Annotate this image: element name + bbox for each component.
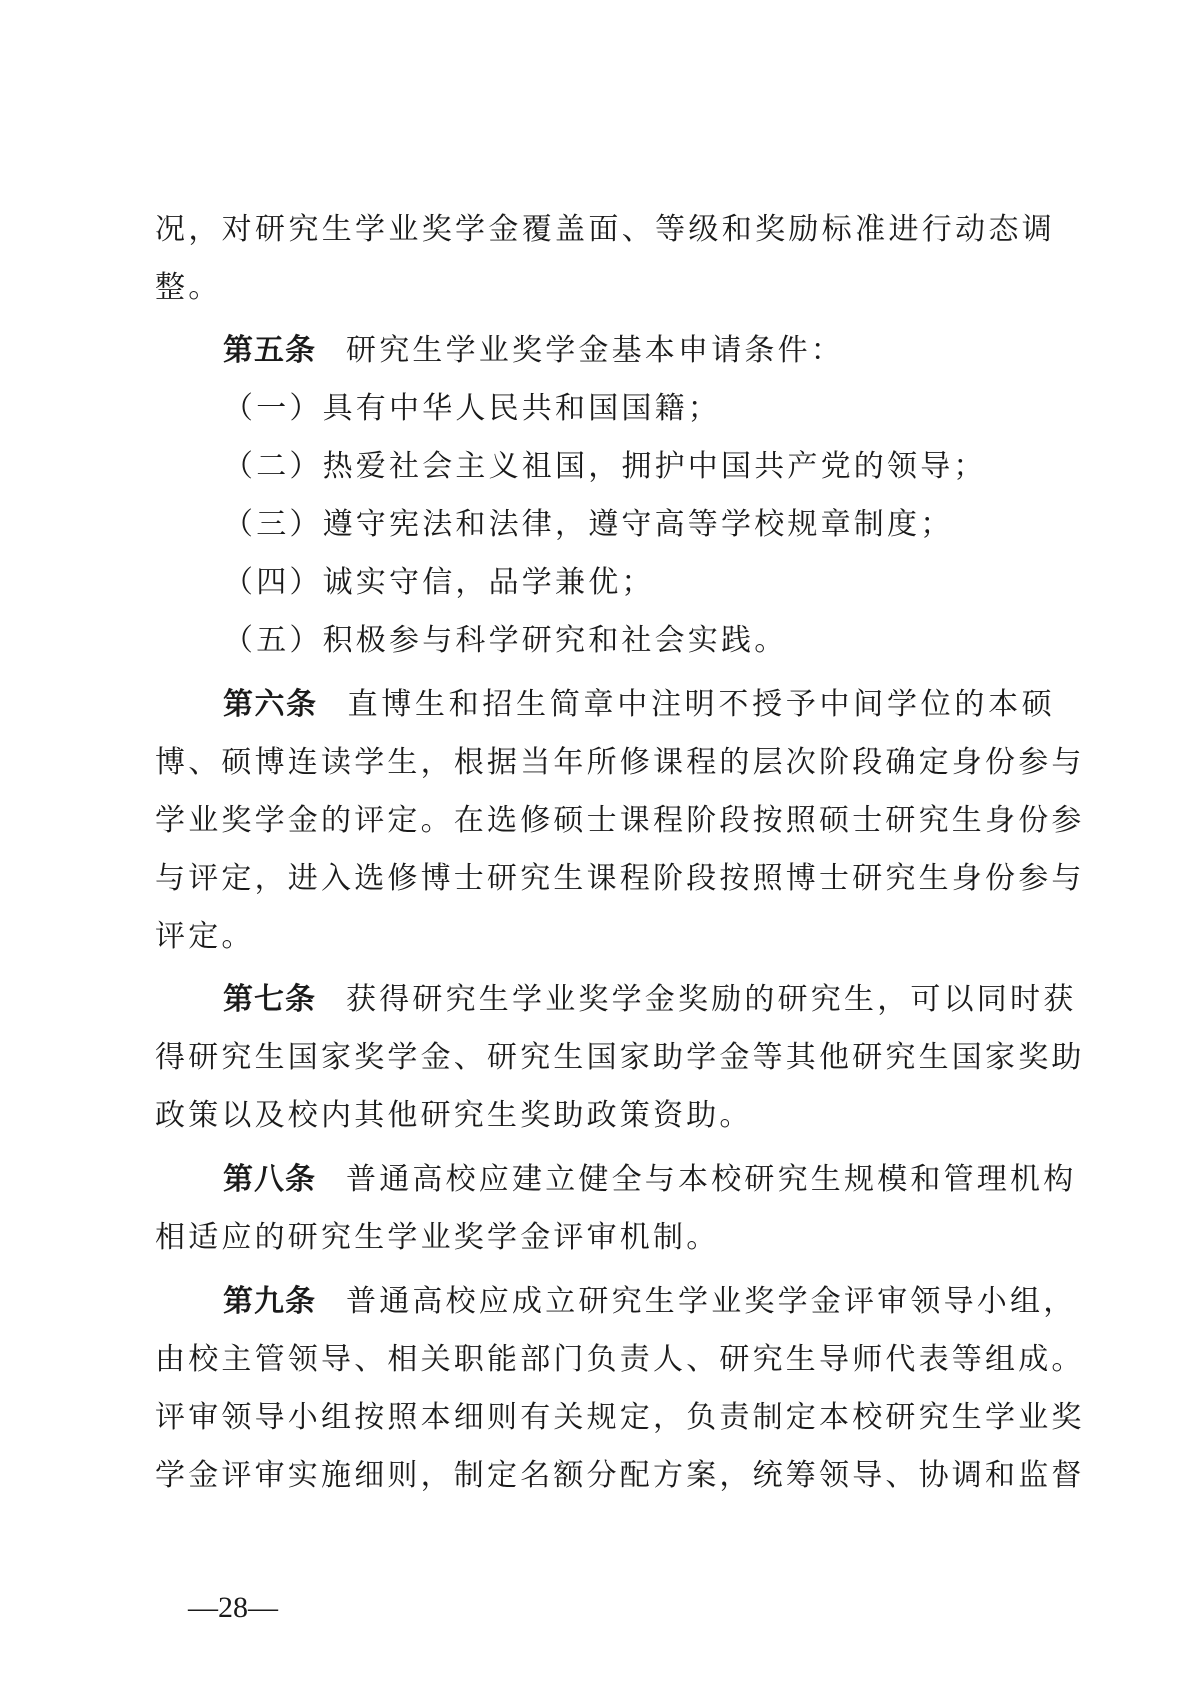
page-number: —28— — [188, 1590, 278, 1626]
article-heading: 第八条 — [223, 1162, 316, 1197]
paragraph-line: 学金评审实施细则，制定名额分配方案，统筹领导、协调和监督 — [155, 1456, 1055, 1496]
article-text: 普通高校应成立研究生学业奖学金评审领导小组， — [346, 1284, 1076, 1319]
document-page: 况，对研究生学业奖学金覆盖面、等级和奖励标准进行动态调 整。 第五条研究生学业奖… — [0, 0, 1200, 1694]
paragraph-line: 相适应的研究生学业奖学金评审机制。 — [155, 1218, 1055, 1258]
paragraph-line: 况，对研究生学业奖学金覆盖面、等级和奖励标准进行动态调 — [155, 210, 1055, 250]
list-item: （一）具有中华人民共和国国籍； — [223, 389, 1055, 429]
paragraph-line: 政策以及校内其他研究生奖助政策资助。 — [155, 1096, 1055, 1136]
article-text: 直博生和招生简章中注明不授予中间学位的本硕 — [348, 687, 1055, 722]
article-heading: 第六条 — [223, 687, 318, 722]
article-5-heading-line: 第五条研究生学业奖学金基本申请条件： — [223, 331, 1055, 371]
paragraph-line: 评定。 — [155, 917, 1055, 957]
article-8-heading-line: 第八条普通高校应建立健全与本校研究生规模和管理机构 — [223, 1160, 1055, 1200]
paragraph-line: 博、硕博连读学生，根据当年所修课程的层次阶段确定身份参与 — [155, 743, 1055, 783]
article-heading: 第九条 — [223, 1284, 316, 1319]
list-item: （三）遵守宪法和法律，遵守高等学校规章制度； — [223, 505, 1055, 545]
article-6-heading-line: 第六条直博生和招生简章中注明不授予中间学位的本硕 — [223, 685, 1055, 725]
article-7-heading-line: 第七条获得研究生学业奖学金奖励的研究生，可以同时获 — [223, 980, 1055, 1020]
article-9-heading-line: 第九条普通高校应成立研究生学业奖学金评审领导小组， — [223, 1282, 1055, 1322]
paragraph-line: 与评定，进入选修博士研究生课程阶段按照博士研究生身份参与 — [155, 859, 1055, 899]
list-item: （二）热爱社会主义祖国，拥护中国共产党的领导； — [223, 447, 1055, 487]
paragraph-line: 评审领导小组按照本细则有关规定，负责制定本校研究生学业奖 — [155, 1398, 1055, 1438]
article-text: 研究生学业奖学金基本申请条件： — [346, 333, 844, 368]
article-heading: 第五条 — [223, 333, 316, 368]
list-item: （四）诚实守信，品学兼优； — [223, 563, 1055, 603]
paragraph-line: 由校主管领导、相关职能部门负责人、研究生导师代表等组成。 — [155, 1340, 1055, 1380]
paragraph-line: 整。 — [155, 268, 1055, 308]
list-item: （五）积极参与科学研究和社会实践。 — [223, 621, 1055, 661]
article-text: 获得研究生学业奖学金奖励的研究生，可以同时获 — [346, 982, 1076, 1017]
article-heading: 第七条 — [223, 982, 316, 1017]
paragraph-line: 学业奖学金的评定。在选修硕士课程阶段按照硕士研究生身份参 — [155, 801, 1055, 841]
article-text: 普通高校应建立健全与本校研究生规模和管理机构 — [346, 1162, 1076, 1197]
paragraph-line: 得研究生国家奖学金、研究生国家助学金等其他研究生国家奖助 — [155, 1038, 1055, 1078]
